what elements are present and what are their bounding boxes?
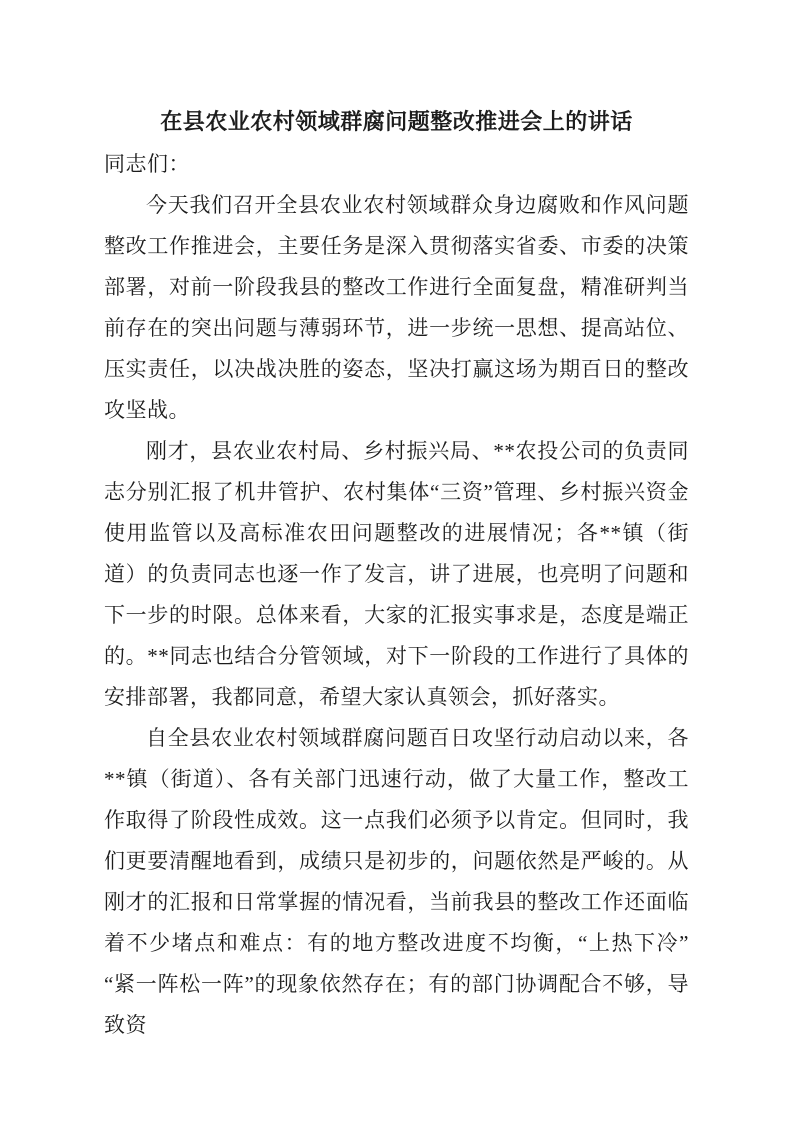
paragraph-2: 刚才，县农业农村局、乡村振兴局、**农投公司的负责同志分别汇报了机井管护、农村集… bbox=[104, 431, 689, 718]
salutation-line: 同志们： bbox=[104, 144, 689, 185]
document-page: 在县农业农村领域群腐问题整改推进会上的讲话 同志们： 今天我们召开全县农业农村领… bbox=[0, 0, 793, 1122]
document-title: 在县农业农村领域群腐问题整改推进会上的讲话 bbox=[104, 100, 689, 144]
document-body: 同志们： 今天我们召开全县农业农村领域群众身边腐败和作风问题整改工作推进会，主要… bbox=[104, 144, 689, 1046]
paragraph-3: 自全县农业农村领域群腐问题百日攻坚行动启动以来，各**镇（街道）、各有关部门迅速… bbox=[104, 718, 689, 1046]
paragraph-1: 今天我们召开全县农业农村领域群众身边腐败和作风问题整改工作推进会，主要任务是深入… bbox=[104, 185, 689, 431]
